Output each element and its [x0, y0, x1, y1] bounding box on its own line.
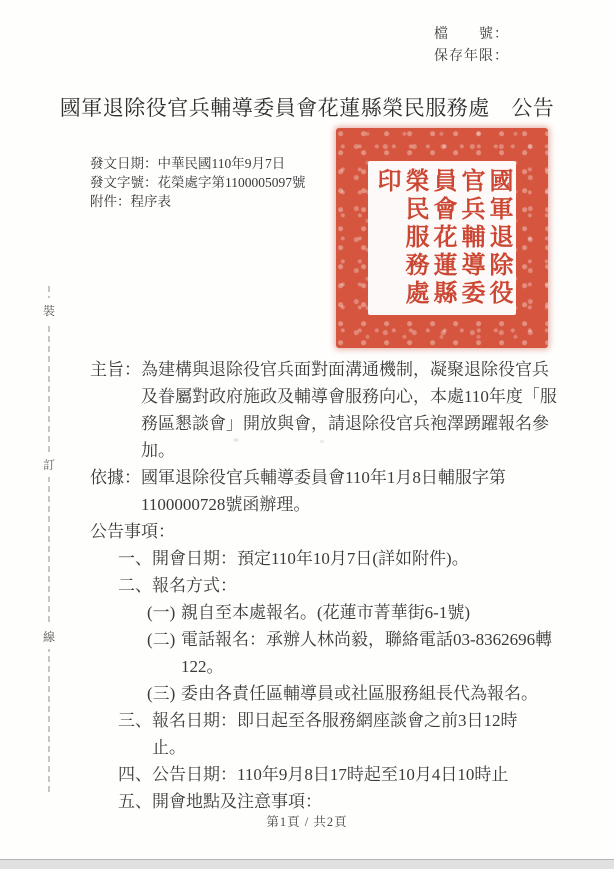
subitem-2-2-phone: (二) 電話報名：承辦人林尚毅，聯絡電話03-8362696轉122。	[90, 626, 580, 680]
item-1-meeting-date: 一、 開會日期：預定110年10月7日(詳如附件)。	[90, 545, 580, 572]
issue-date-line: 發文日期：中華民國110年9月7日	[90, 154, 306, 173]
official-seal-stamp: 國軍退除役官兵輔導委員會花蓮縣榮民服務處印	[336, 128, 548, 348]
retention-period-label: 保存年限：	[434, 46, 509, 68]
item-5-marker: 五、	[118, 788, 152, 815]
doc-number-label: 發文字號：	[90, 175, 158, 190]
basis-text: 國軍退除役官兵輔導委員會110年1月8日輔服字第1100000728號函辦理。	[141, 464, 561, 518]
binding-mark-xian: 線	[42, 624, 56, 649]
item-5-text: 開會地點及注意事項：	[152, 788, 524, 815]
subitem-2-2-text: 電話報名：承辦人林尚毅，聯絡電話03-8362696轉122。	[181, 626, 553, 680]
meta-block: 發文日期：中華民國110年9月7日 發文字號：花榮處字第1100005097號 …	[90, 154, 306, 211]
issue-date-label: 發文日期：	[90, 156, 158, 171]
seal-script-text: 國軍退除役官兵輔導委員會花蓮縣榮民服務處印	[372, 168, 512, 308]
item-3-marker: 三、	[118, 707, 152, 761]
item-3-registration-date: 三、 報名日期：即日起至各服務網座談會之前3日12時止。	[90, 707, 580, 761]
subject-text: 為建構與退除役官兵面對面溝通機制，凝聚退除役官兵及眷屬對政府施政及輔導會服務向心…	[141, 356, 561, 464]
doc-number-line: 發文字號：花榮處字第1100005097號	[90, 173, 306, 192]
scan-edge-strip	[0, 859, 614, 869]
body-text-block: 主旨： 為建構與退除役官兵面對面溝通機制，凝聚退除役官兵及眷屬對政府施政及輔導會…	[90, 356, 580, 815]
item-4-announcement-date: 四、 公告日期：110年9月8日17時起至10月4日10時止	[90, 761, 580, 788]
item-2-text: 報名方式：	[152, 572, 524, 599]
subitem-2-2-marker: (二)	[147, 626, 181, 680]
binding-dashed-rule	[48, 286, 50, 792]
subitem-2-1-marker: (一)	[147, 599, 181, 626]
binding-mark-zhuang: 裝	[42, 298, 56, 323]
issue-date-value: 中華民國110年9月7日	[158, 156, 286, 171]
item-4-text: 公告日期：110年9月8日17時起至10月4日10時止	[152, 761, 524, 788]
item-2-registration-method: 二、 報名方式：	[90, 572, 580, 599]
binding-mark-ding: 訂	[42, 452, 56, 477]
item-5-venue-notes: 五、 開會地點及注意事項：	[90, 788, 580, 815]
seal-inner-panel: 國軍退除役官兵輔導委員會花蓮縣榮民服務處印	[368, 161, 516, 315]
subitem-2-3-text: 委由各責任區輔導員或社區服務組長代為報名。	[181, 680, 553, 707]
basis-label: 依據：	[90, 464, 141, 518]
item-2-marker: 二、	[118, 572, 152, 599]
file-number-label: 檔 號：	[434, 24, 509, 46]
scan-noise-spot	[150, 444, 155, 447]
subject-row: 主旨： 為建構與退除役官兵面對面溝通機制，凝聚退除役官兵及眷屬對政府施政及輔導會…	[90, 356, 580, 464]
page-number-footer: 第1頁 / 共2頁	[0, 812, 614, 830]
attachment-line: 附件：程序表	[90, 192, 306, 211]
subitem-2-3-delegate: (三) 委由各責任區輔導員或社區服務組長代為報名。	[90, 680, 580, 707]
basis-row: 依據： 國軍退除役官兵輔導委員會110年1月8日輔服字第1100000728號函…	[90, 464, 580, 518]
classification-block: 檔 號： 保存年限：	[434, 24, 509, 68]
item-3-text: 報名日期：即日起至各服務網座談會之前3日12時止。	[152, 707, 524, 761]
subitem-2-3-marker: (三)	[147, 680, 181, 707]
scan-noise-spot	[233, 438, 239, 442]
binding-margin: 裝 訂 線	[42, 286, 56, 792]
scan-noise-spot	[320, 440, 324, 443]
item-4-marker: 四、	[118, 761, 152, 788]
subitem-2-1-text: 親自至本處報名。(花蓮市菁華街6-1號)	[181, 599, 553, 626]
scanned-announcement-page: 檔 號： 保存年限： 國軍退除役官兵輔導委員會花蓮縣榮民服務處 公告 發文日期：…	[0, 0, 614, 869]
item-1-text: 開會日期：預定110年10月7日(詳如附件)。	[152, 545, 524, 572]
item-1-marker: 一、	[118, 545, 152, 572]
attachment-value: 程序表	[131, 194, 172, 209]
subitem-2-1-in-person: (一) 親自至本處報名。(花蓮市菁華街6-1號)	[90, 599, 580, 626]
document-title: 國軍退除役官兵輔導委員會花蓮縣榮民服務處 公告	[0, 92, 614, 122]
doc-number-value: 花榮處字第1100005097號	[158, 175, 306, 190]
subject-label: 主旨：	[90, 356, 141, 464]
announcement-heading: 公告事項：	[90, 518, 580, 545]
attachment-label: 附件：	[90, 194, 131, 209]
